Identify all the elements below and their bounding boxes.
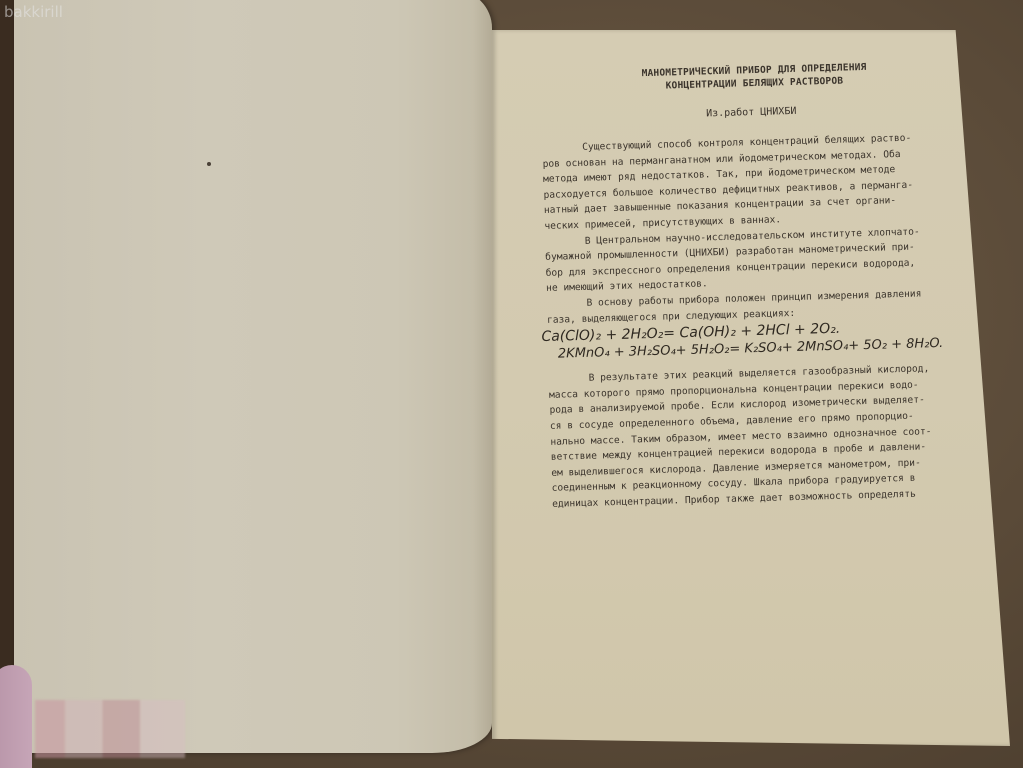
document-source: Из.работ ЦНИХБИ xyxy=(561,102,941,124)
watermark: bakkirill xyxy=(4,3,63,21)
paragraph-2: В Центральном научно-исследовательском и… xyxy=(545,223,947,297)
paragraph-1: Существующий способ контроля концентраци… xyxy=(542,130,944,235)
pixelated-overlay xyxy=(35,700,185,758)
thumb-finger xyxy=(0,665,32,768)
left-blank-page xyxy=(14,0,492,753)
paper-speck xyxy=(207,162,211,166)
paragraph-4: В результате этих реакций выделяется газ… xyxy=(548,361,952,512)
document-text: МАНОМЕТРИЧЕСКИЙ ПРИБОР ДЛЯ ОПРЕДЕЛЕНИЯ К… xyxy=(540,59,952,512)
